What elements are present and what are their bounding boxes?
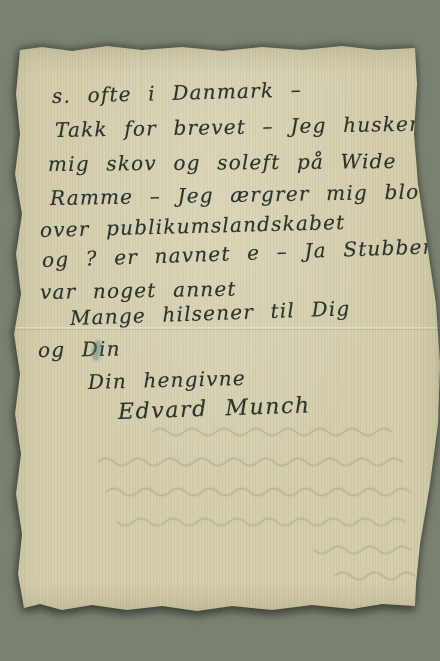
stage: s. ofte i Danmark – Takk for brevet – Je… <box>0 0 440 661</box>
letter-line: og Din <box>38 337 121 362</box>
letter-paper-wrap: s. ofte i Danmark – Takk for brevet – Je… <box>12 44 440 614</box>
letter-line: over publikumslandskabet <box>40 210 346 242</box>
letter-line: s. ofte i Danmark – <box>52 77 303 108</box>
signature: Edvard Munch <box>118 393 312 425</box>
letter-line: Takk for brevet – Jeg husker <box>55 112 420 142</box>
letter-line: mig skov og soleft på Wide <box>48 149 397 176</box>
letter-line: Ramme – Jeg ærgrer mig blot <box>50 179 429 210</box>
letter-closing: Din hengivne <box>88 366 246 394</box>
letter-paper: s. ofte i Danmark – Takk for brevet – Je… <box>12 44 440 614</box>
letter-line: var noget annet <box>40 277 237 304</box>
